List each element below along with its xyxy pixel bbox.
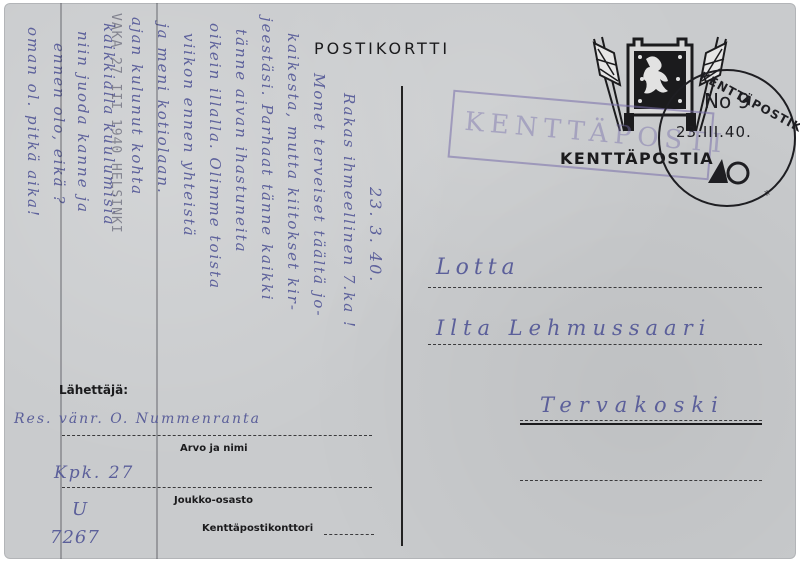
message-line: jeestäsi. Parhaat tänne kaikki — [258, 17, 276, 302]
sender-unit-value: Kpk. 27 — [54, 463, 134, 483]
sender-mark: U — [72, 499, 87, 520]
sender-office-line — [324, 534, 374, 535]
message-line: ajan kulunut kohta — [128, 17, 146, 196]
card-divider — [401, 86, 403, 546]
sender-unit-line — [62, 487, 372, 488]
sender-name-label: Arvo ja nimi — [180, 443, 248, 454]
card-title: POSTIKORTTI — [314, 39, 450, 58]
postmark-star-icon: * — [764, 188, 770, 202]
sender-heading: Lähettäjä: — [59, 383, 128, 397]
address-line-4 — [520, 480, 762, 481]
faint-receiving-stamp: VAKA 27 III 1940 HELSINKI — [108, 13, 123, 234]
postmark-number: No 9 — [704, 89, 750, 113]
address-line-3-dotted — [520, 420, 762, 421]
message-line: oikein illalla. Olimme toista — [206, 23, 224, 290]
sender-unit-label: Joukko-osasto — [174, 495, 253, 506]
sender-office-value: 7267 — [50, 527, 100, 548]
sender-name-value: Res. vänr. O. Nummenranta — [14, 411, 261, 427]
address-line-2 — [428, 344, 762, 345]
address-line-3-underline — [520, 423, 762, 425]
message-line: kaikesta, mutta kiitokset kir- — [284, 33, 302, 312]
message-line: Rakas ihmeellinen 7.ka ! — [340, 93, 358, 329]
message-line: ennen olo, eikä ? — [50, 43, 68, 205]
sender-name-line — [62, 435, 372, 436]
recipient-line-3: Tervakoski — [540, 393, 725, 417]
message-line: Monet terveiset täältä jo- — [310, 73, 328, 318]
message-date: 23. 3. 40. — [366, 187, 385, 283]
postmark-date: 23.III.40. — [676, 123, 752, 141]
message-line: niin juoda kanne ja — [74, 31, 92, 214]
message-line: viikon ennen yhteistä — [180, 33, 198, 238]
recipient-line-2: Ilta Lehmussaari — [436, 316, 711, 340]
address-line-1 — [428, 287, 762, 288]
sender-office-label: Kenttäpostikonttori — [202, 523, 313, 534]
recipient-line-1: Lotta — [436, 255, 520, 280]
message-line: oman ol. pitkä aika! — [24, 27, 42, 218]
message-line: tänne aivan ihastuneita — [232, 29, 250, 254]
fold-mark — [156, 3, 158, 559]
posthorn-icon — [704, 153, 754, 191]
postcard: POSTIKORTTI — [4, 3, 796, 559]
